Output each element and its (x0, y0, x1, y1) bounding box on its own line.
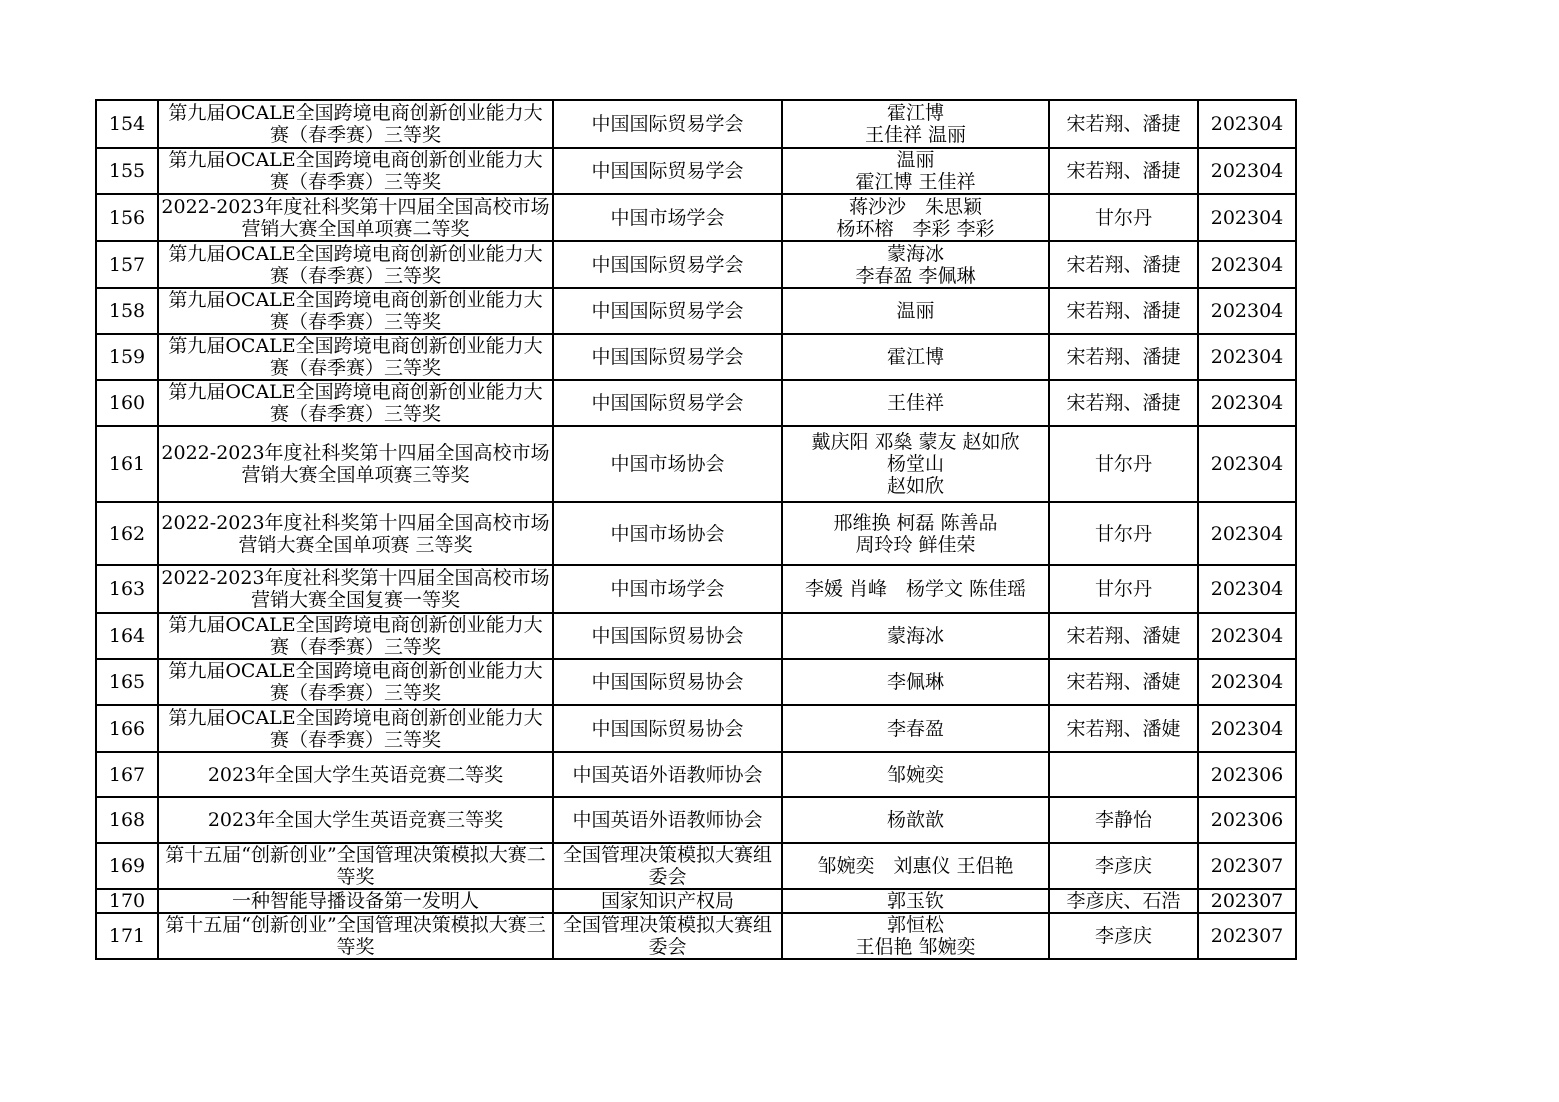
winners-cell: 王佳祥 (782, 380, 1049, 426)
awards-table: 154第九届OCALE全国跨境电商创新创业能力大赛（春季赛）三等奖中国国际贸易学… (95, 99, 1297, 960)
organization-cell: 中国国际贸易学会 (553, 241, 782, 288)
winners-cell: 邢维换 柯磊 陈善品 周玲玲 鲜佳荣 (782, 502, 1049, 565)
award-date-cell: 202304 (1198, 426, 1296, 502)
winners-cell: 邹婉奕 刘惠仪 王侣艳 (782, 843, 1049, 889)
table-row: 158第九届OCALE全国跨境电商创新创业能力大赛（春季赛）三等奖中国国际贸易学… (96, 288, 1296, 334)
winners-cell: 霍江博 王佳祥 温丽 (782, 100, 1049, 148)
row-number-cell: 157 (96, 241, 158, 288)
award-name-cell: 第九届OCALE全国跨境电商创新创业能力大赛（春季赛）三等奖 (158, 100, 553, 148)
award-name-cell: 2022-2023年度社科奖第十四届全国高校市场营销大赛全国单项赛 三等奖 (158, 502, 553, 565)
award-name-cell: 第九届OCALE全国跨境电商创新创业能力大赛（春季赛）三等奖 (158, 659, 553, 705)
award-name-cell: 2023年全国大学生英语竞赛三等奖 (158, 797, 553, 843)
row-number-cell: 166 (96, 705, 158, 752)
award-date-cell: 202304 (1198, 502, 1296, 565)
advisors-cell: 宋若翔、潘捷 (1049, 241, 1198, 288)
winners-cell: 郭玉钦 (782, 889, 1049, 913)
advisors-cell: 甘尔丹 (1049, 565, 1198, 613)
organization-cell: 中国国际贸易学会 (553, 100, 782, 148)
winners-cell: 郭恒松 王侣艳 邹婉奕 (782, 913, 1049, 959)
row-number-cell: 159 (96, 334, 158, 380)
row-number-cell: 160 (96, 380, 158, 426)
row-number-cell: 158 (96, 288, 158, 334)
organization-cell: 中国市场学会 (553, 194, 782, 241)
document-page: 154第九届OCALE全国跨境电商创新创业能力大赛（春季赛）三等奖中国国际贸易学… (95, 99, 1295, 960)
row-number-cell: 167 (96, 752, 158, 797)
award-date-cell: 202306 (1198, 752, 1296, 797)
award-name-cell: 第十五届“创新创业”全国管理决策模拟大赛二等奖 (158, 843, 553, 889)
advisors-cell: 宋若翔、潘捷 (1049, 380, 1198, 426)
row-number-cell: 154 (96, 100, 158, 148)
award-name-cell: 第九届OCALE全国跨境电商创新创业能力大赛（春季赛）三等奖 (158, 148, 553, 194)
winners-cell: 李佩琳 (782, 659, 1049, 705)
table-row: 1612022-2023年度社科奖第十四届全国高校市场营销大赛全国单项赛三等奖中… (96, 426, 1296, 502)
award-name-cell: 第九届OCALE全国跨境电商创新创业能力大赛（春季赛）三等奖 (158, 288, 553, 334)
award-date-cell: 202307 (1198, 889, 1296, 913)
award-name-cell: 第九届OCALE全国跨境电商创新创业能力大赛（春季赛）三等奖 (158, 613, 553, 659)
organization-cell: 国家知识产权局 (553, 889, 782, 913)
organization-cell: 全国管理决策模拟大赛组委会 (553, 843, 782, 889)
award-name-cell: 2023年全国大学生英语竞赛二等奖 (158, 752, 553, 797)
advisors-cell: 李静怡 (1049, 797, 1198, 843)
organization-cell: 全国管理决策模拟大赛组委会 (553, 913, 782, 959)
row-number-cell: 168 (96, 797, 158, 843)
organization-cell: 中国市场协会 (553, 426, 782, 502)
organization-cell: 中国国际贸易学会 (553, 288, 782, 334)
organization-cell: 中国市场协会 (553, 502, 782, 565)
row-number-cell: 156 (96, 194, 158, 241)
advisors-cell: 宋若翔、潘婕 (1049, 659, 1198, 705)
award-date-cell: 202304 (1198, 194, 1296, 241)
award-date-cell: 202304 (1198, 288, 1296, 334)
organization-cell: 中国国际贸易学会 (553, 148, 782, 194)
winners-cell: 戴庆阳 邓燊 蒙友 赵如欣 杨堂山 赵如欣 (782, 426, 1049, 502)
winners-cell: 蒙海冰 (782, 613, 1049, 659)
table-row: 159第九届OCALE全国跨境电商创新创业能力大赛（春季赛）三等奖中国国际贸易学… (96, 334, 1296, 380)
award-date-cell: 202304 (1198, 565, 1296, 613)
advisors-cell: 李彦庆、石浩 (1049, 889, 1198, 913)
winners-cell: 李春盈 (782, 705, 1049, 752)
award-date-cell: 202304 (1198, 148, 1296, 194)
award-name-cell: 第十五届“创新创业”全国管理决策模拟大赛三等奖 (158, 913, 553, 959)
advisors-cell: 宋若翔、潘捷 (1049, 334, 1198, 380)
table-row: 169第十五届“创新创业”全国管理决策模拟大赛二等奖全国管理决策模拟大赛组委会邹… (96, 843, 1296, 889)
award-date-cell: 202304 (1198, 380, 1296, 426)
table-row: 166第九届OCALE全国跨境电商创新创业能力大赛（春季赛）三等奖中国国际贸易协… (96, 705, 1296, 752)
winners-cell: 蒋沙沙 朱思颖 杨环榕 李彩 李彩 (782, 194, 1049, 241)
advisors-cell: 甘尔丹 (1049, 194, 1198, 241)
row-number-cell: 161 (96, 426, 158, 502)
winners-cell: 温丽 (782, 288, 1049, 334)
award-date-cell: 202307 (1198, 913, 1296, 959)
advisors-cell: 甘尔丹 (1049, 502, 1198, 565)
organization-cell: 中国英语外语教师协会 (553, 797, 782, 843)
winners-cell: 霍江博 (782, 334, 1049, 380)
award-name-cell: 第九届OCALE全国跨境电商创新创业能力大赛（春季赛）三等奖 (158, 380, 553, 426)
advisors-cell (1049, 752, 1198, 797)
row-number-cell: 165 (96, 659, 158, 705)
winners-cell: 杨歆歆 (782, 797, 1049, 843)
award-name-cell: 一种智能导播设备第一发明人 (158, 889, 553, 913)
organization-cell: 中国国际贸易学会 (553, 334, 782, 380)
award-date-cell: 202307 (1198, 843, 1296, 889)
award-date-cell: 202306 (1198, 797, 1296, 843)
award-date-cell: 202304 (1198, 705, 1296, 752)
organization-cell: 中国国际贸易协会 (553, 613, 782, 659)
table-row: 1672023年全国大学生英语竞赛二等奖中国英语外语教师协会邹婉奕202306 (96, 752, 1296, 797)
award-name-cell: 第九届OCALE全国跨境电商创新创业能力大赛（春季赛）三等奖 (158, 241, 553, 288)
advisors-cell: 宋若翔、潘婕 (1049, 705, 1198, 752)
table-row: 171第十五届“创新创业”全国管理决策模拟大赛三等奖全国管理决策模拟大赛组委会郭… (96, 913, 1296, 959)
table-row: 164第九届OCALE全国跨境电商创新创业能力大赛（春季赛）三等奖中国国际贸易协… (96, 613, 1296, 659)
table-row: 170一种智能导播设备第一发明人国家知识产权局郭玉钦李彦庆、石浩202307 (96, 889, 1296, 913)
advisors-cell: 宋若翔、潘捷 (1049, 100, 1198, 148)
table-row: 1682023年全国大学生英语竞赛三等奖中国英语外语教师协会杨歆歆李静怡2023… (96, 797, 1296, 843)
award-date-cell: 202304 (1198, 100, 1296, 148)
advisors-cell: 李彦庆 (1049, 843, 1198, 889)
row-number-cell: 162 (96, 502, 158, 565)
row-number-cell: 171 (96, 913, 158, 959)
advisors-cell: 宋若翔、潘捷 (1049, 148, 1198, 194)
advisors-cell: 宋若翔、潘捷 (1049, 288, 1198, 334)
table-row: 1562022-2023年度社科奖第十四届全国高校市场营销大赛全国单项赛二等奖中… (96, 194, 1296, 241)
table-row: 1622022-2023年度社科奖第十四届全国高校市场营销大赛全国单项赛 三等奖… (96, 502, 1296, 565)
award-name-cell: 2022-2023年度社科奖第十四届全国高校市场营销大赛全国单项赛二等奖 (158, 194, 553, 241)
row-number-cell: 169 (96, 843, 158, 889)
organization-cell: 中国国际贸易协会 (553, 659, 782, 705)
advisors-cell: 宋若翔、潘婕 (1049, 613, 1198, 659)
advisors-cell: 甘尔丹 (1049, 426, 1198, 502)
award-date-cell: 202304 (1198, 241, 1296, 288)
award-date-cell: 202304 (1198, 613, 1296, 659)
table-row: 165第九届OCALE全国跨境电商创新创业能力大赛（春季赛）三等奖中国国际贸易协… (96, 659, 1296, 705)
winners-cell: 温丽 霍江博 王佳祥 (782, 148, 1049, 194)
organization-cell: 中国国际贸易学会 (553, 380, 782, 426)
awards-table-body: 154第九届OCALE全国跨境电商创新创业能力大赛（春季赛）三等奖中国国际贸易学… (96, 100, 1296, 959)
row-number-cell: 155 (96, 148, 158, 194)
row-number-cell: 170 (96, 889, 158, 913)
row-number-cell: 164 (96, 613, 158, 659)
award-name-cell: 第九届OCALE全国跨境电商创新创业能力大赛（春季赛）三等奖 (158, 705, 553, 752)
winners-cell: 蒙海冰 李春盈 李佩琳 (782, 241, 1049, 288)
advisors-cell: 李彦庆 (1049, 913, 1198, 959)
award-name-cell: 第九届OCALE全国跨境电商创新创业能力大赛（春季赛）三等奖 (158, 334, 553, 380)
winners-cell: 邹婉奕 (782, 752, 1049, 797)
organization-cell: 中国国际贸易协会 (553, 705, 782, 752)
award-date-cell: 202304 (1198, 334, 1296, 380)
table-row: 155第九届OCALE全国跨境电商创新创业能力大赛（春季赛）三等奖中国国际贸易学… (96, 148, 1296, 194)
winners-cell: 李媛 肖峰 杨学文 陈佳瑶 (782, 565, 1049, 613)
table-row: 157第九届OCALE全国跨境电商创新创业能力大赛（春季赛）三等奖中国国际贸易学… (96, 241, 1296, 288)
award-name-cell: 2022-2023年度社科奖第十四届全国高校市场营销大赛全国复赛一等奖 (158, 565, 553, 613)
organization-cell: 中国市场学会 (553, 565, 782, 613)
award-name-cell: 2022-2023年度社科奖第十四届全国高校市场营销大赛全国单项赛三等奖 (158, 426, 553, 502)
table-row: 160第九届OCALE全国跨境电商创新创业能力大赛（春季赛）三等奖中国国际贸易学… (96, 380, 1296, 426)
award-date-cell: 202304 (1198, 659, 1296, 705)
row-number-cell: 163 (96, 565, 158, 613)
table-row: 154第九届OCALE全国跨境电商创新创业能力大赛（春季赛）三等奖中国国际贸易学… (96, 100, 1296, 148)
table-row: 1632022-2023年度社科奖第十四届全国高校市场营销大赛全国复赛一等奖中国… (96, 565, 1296, 613)
organization-cell: 中国英语外语教师协会 (553, 752, 782, 797)
